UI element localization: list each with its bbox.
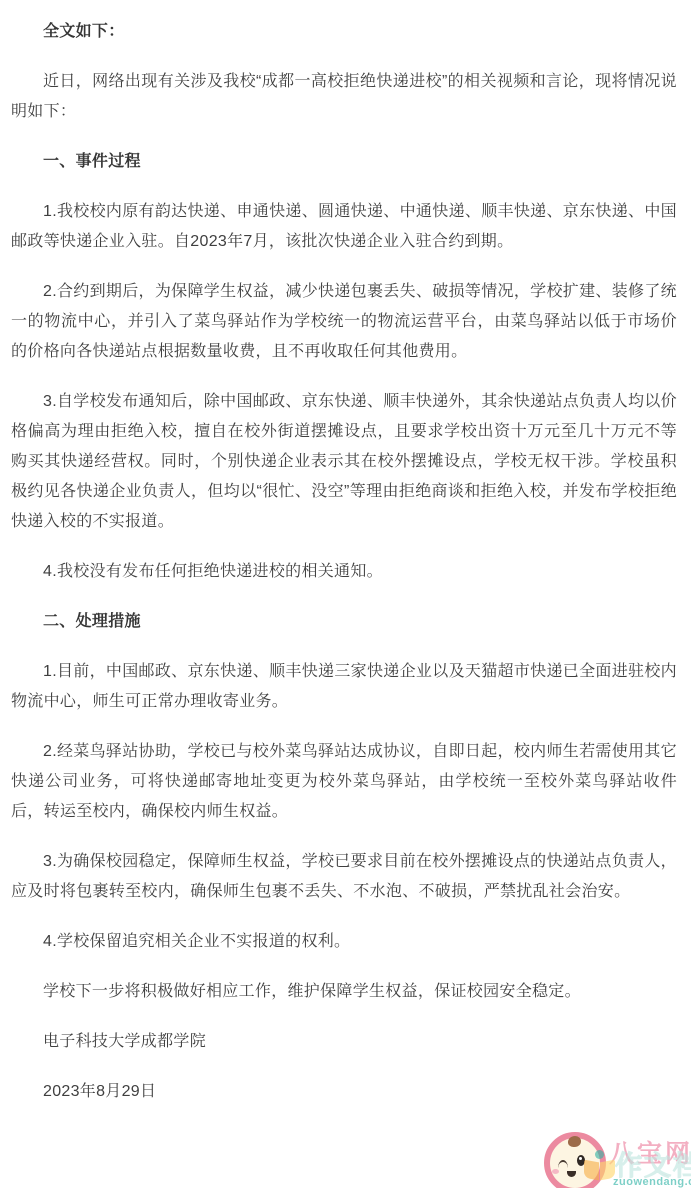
paragraph-1-1: 1.我校校内原有韵达快递、申通快递、圆通快递、中通快递、顺丰快递、京东快递、中国… <box>11 197 677 257</box>
section-heading-1: 一、事件过程 <box>11 147 677 177</box>
paragraph-1-4: 4.我校没有发布任何拒绝快递进校的相关通知。 <box>11 557 677 587</box>
paragraph-1-3: 3.自学校发布通知后，除中国邮政、京东快递、顺丰快递外，其余快递站点负责人均以价… <box>11 387 677 537</box>
date: 2023年8月29日 <box>11 1077 677 1107</box>
paragraph-1-2: 2.合约到期后，为保障学生权益，减少快递包裹丢失、破损等情况，学校扩建、装修了统… <box>11 277 677 367</box>
section-heading-2: 二、处理措施 <box>11 607 677 637</box>
paragraph-2-1: 1.目前，中国邮政、京东快递、顺丰快递三家快递企业以及天猫超市快递已全面进驻校内… <box>11 657 677 717</box>
statement-document: 全文如下： 近日，网络出现有关涉及我校“成都一高校拒绝快递进校”的相关视频和言论… <box>0 0 691 1188</box>
closing-paragraph: 学校下一步将积极做好相应工作，维护保障学生权益，保证校园安全稳定。 <box>11 977 677 1007</box>
intro-label: 全文如下： <box>11 17 677 47</box>
paragraph-2-4: 4.学校保留追究相关企业不实报道的权利。 <box>11 927 677 957</box>
paragraph-2-3: 3.为确保校园稳定，保障师生权益，学校已要求目前在校外摆摊设点的快递站点负责人，… <box>11 847 677 907</box>
signature: 电子科技大学成都学院 <box>11 1027 677 1057</box>
intro-paragraph: 近日，网络出现有关涉及我校“成都一高校拒绝快递进校”的相关视频和言论，现将情况说… <box>11 67 677 127</box>
paragraph-2-2: 2.经菜鸟驿站协助，学校已与校外菜鸟驿站达成协议，自即日起，校内师生若需使用其它… <box>11 737 677 827</box>
